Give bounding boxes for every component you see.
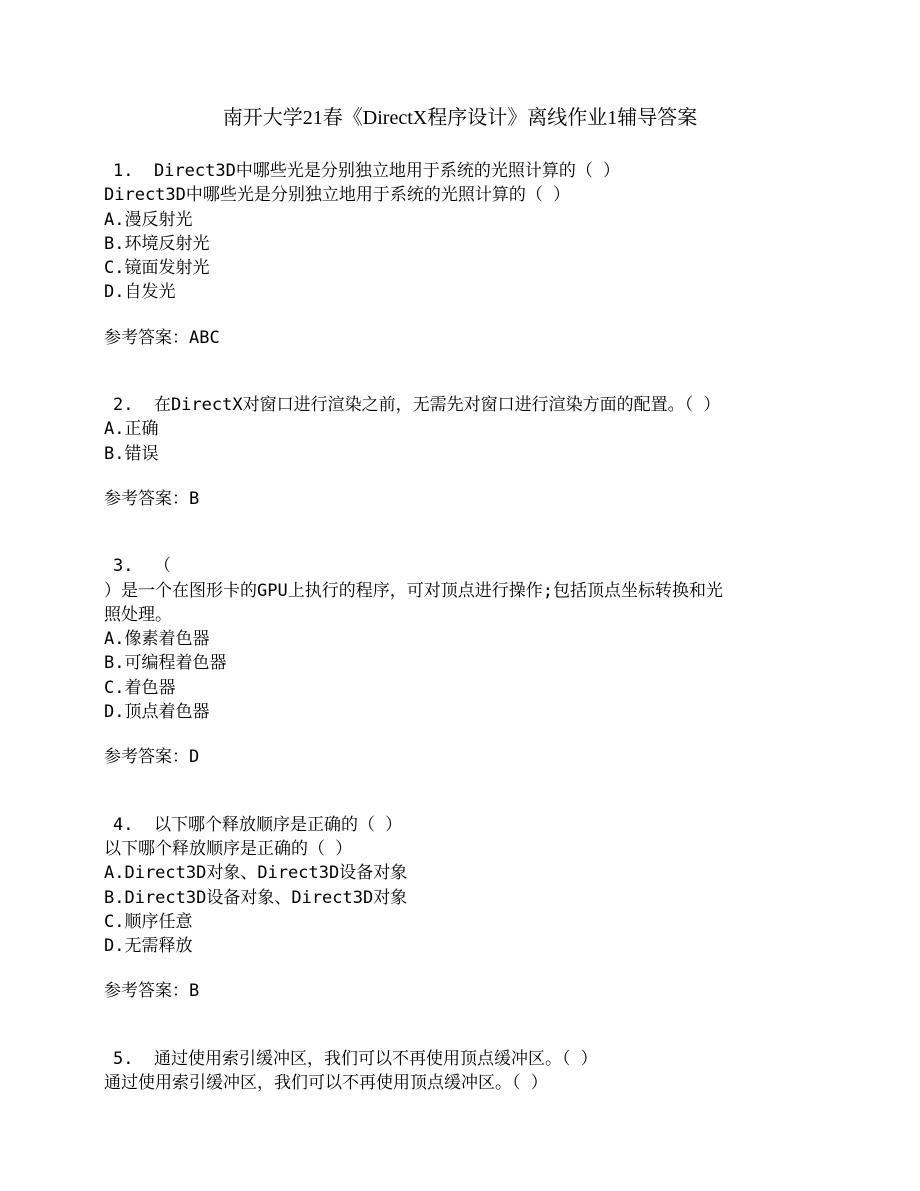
option-line: C.镜面发射光 [104,256,824,280]
question-number-line: 5. 通过使用索引缓冲区，我们可以不再使用顶点缓冲区。（ ） [104,1047,824,1071]
option-line: D.顶点着色器 [104,700,824,724]
question-number-line: 1. Direct3D中哪些光是分别独立地用于系统的光照计算的（ ） [104,159,824,183]
question-number-line: 3. （ [104,554,824,578]
option-line: C.顺序任意 [104,910,824,934]
document-page: 南开大学21春《DirectX程序设计》离线作业1辅导答案 1. Direct3… [0,0,920,1191]
question-block: 3. （）是一个在图形卡的GPU上执行的程序，可对顶点进行操作;包括顶点坐标转换… [104,554,824,724]
question-number-line: 2. 在DirectX对窗口进行渲染之前，无需先对窗口进行渲染方面的配置。（ ） [104,393,824,417]
question-text-line: 照处理。 [104,603,824,627]
question-block: 2. 在DirectX对窗口进行渲染之前，无需先对窗口进行渲染方面的配置。（ ）… [104,393,824,466]
question-block: 5. 通过使用索引缓冲区，我们可以不再使用顶点缓冲区。（ ）通过使用索引缓冲区，… [104,1047,824,1096]
option-line: A.正确 [104,417,824,441]
option-line: B.错误 [104,442,824,466]
answer-line: 参考答案：ABC [104,326,824,350]
option-line: D.自发光 [104,280,824,304]
question-text-line: 通过使用索引缓冲区，我们可以不再使用顶点缓冲区。（ ） [104,1071,824,1095]
document-title: 南开大学21春《DirectX程序设计》离线作业1辅导答案 [0,105,920,131]
option-line: B.Direct3D设备对象、Direct3D对象 [104,886,824,910]
answer-line: 参考答案：B [104,487,824,511]
question-text-line: 以下哪个释放顺序是正确的（ ） [104,837,824,861]
option-line: B.环境反射光 [104,232,824,256]
option-line: B.可编程着色器 [104,651,824,675]
option-line: A.Direct3D对象、Direct3D设备对象 [104,861,824,885]
question-text-line: ）是一个在图形卡的GPU上执行的程序，可对顶点进行操作;包括顶点坐标转换和光 [104,579,824,603]
question-block: 4. 以下哪个释放顺序是正确的（ ）以下哪个释放顺序是正确的（ ）A.Direc… [104,813,824,959]
option-line: A.漫反射光 [104,208,824,232]
answer-line: 参考答案：D [104,745,824,769]
question-block: 1. Direct3D中哪些光是分别独立地用于系统的光照计算的（ ）Direct… [104,159,824,305]
questions-container: 1. Direct3D中哪些光是分别独立地用于系统的光照计算的（ ）Direct… [0,159,920,1095]
option-line: A.像素着色器 [104,627,824,651]
option-line: C.着色器 [104,676,824,700]
question-number-line: 4. 以下哪个释放顺序是正确的（ ） [104,813,824,837]
answer-line: 参考答案：B [104,979,824,1003]
option-line: D.无需释放 [104,934,824,958]
question-text-line: Direct3D中哪些光是分别独立地用于系统的光照计算的（ ） [104,183,824,207]
